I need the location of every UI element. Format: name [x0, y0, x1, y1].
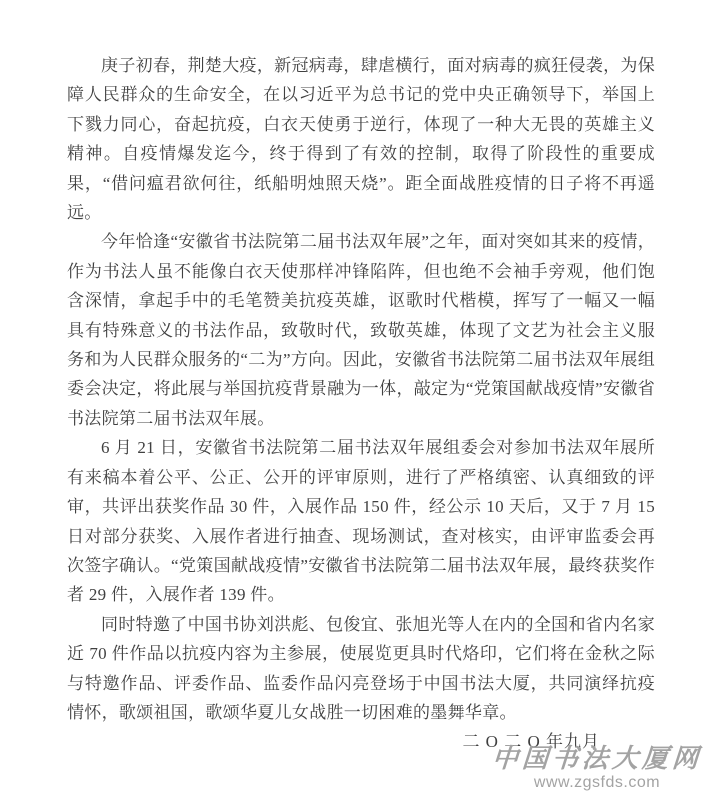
- document-page: 庚子初春，荆楚大疫，新冠病毒，肆虐横行，面对病毒的疯狂侵袭，为保障人民群众的生命…: [0, 0, 710, 804]
- paragraph-2: 今年恰逢“安徽省书法院第二届书法双年展”之年，面对突如其来的疫情，作为书法人虽不…: [67, 227, 655, 433]
- paragraph-4: 同时特邀了中国书协刘洪彪、包俊宜、张旭光等人在内的全国和省内名家近 70 件作品…: [67, 610, 655, 728]
- paragraph-3: 6 月 21 日，安徽省书法院第二届书法双年展组委会对参加书法双年展所有来稿本着…: [67, 433, 655, 609]
- watermark-logo-text: 中国书法大厦网: [491, 745, 703, 774]
- paragraph-1: 庚子初春，荆楚大疫，新冠病毒，肆虐横行，面对病毒的疯狂侵袭，为保障人民群众的生命…: [67, 51, 655, 227]
- watermark-url: www.zgsfds.com: [492, 774, 702, 792]
- document-body: 庚子初春，荆楚大疫，新冠病毒，肆虐横行，面对病毒的疯狂侵袭，为保障人民群众的生命…: [67, 51, 655, 757]
- site-watermark: 中国书法大厦网 www.zgsfds.com: [492, 745, 702, 792]
